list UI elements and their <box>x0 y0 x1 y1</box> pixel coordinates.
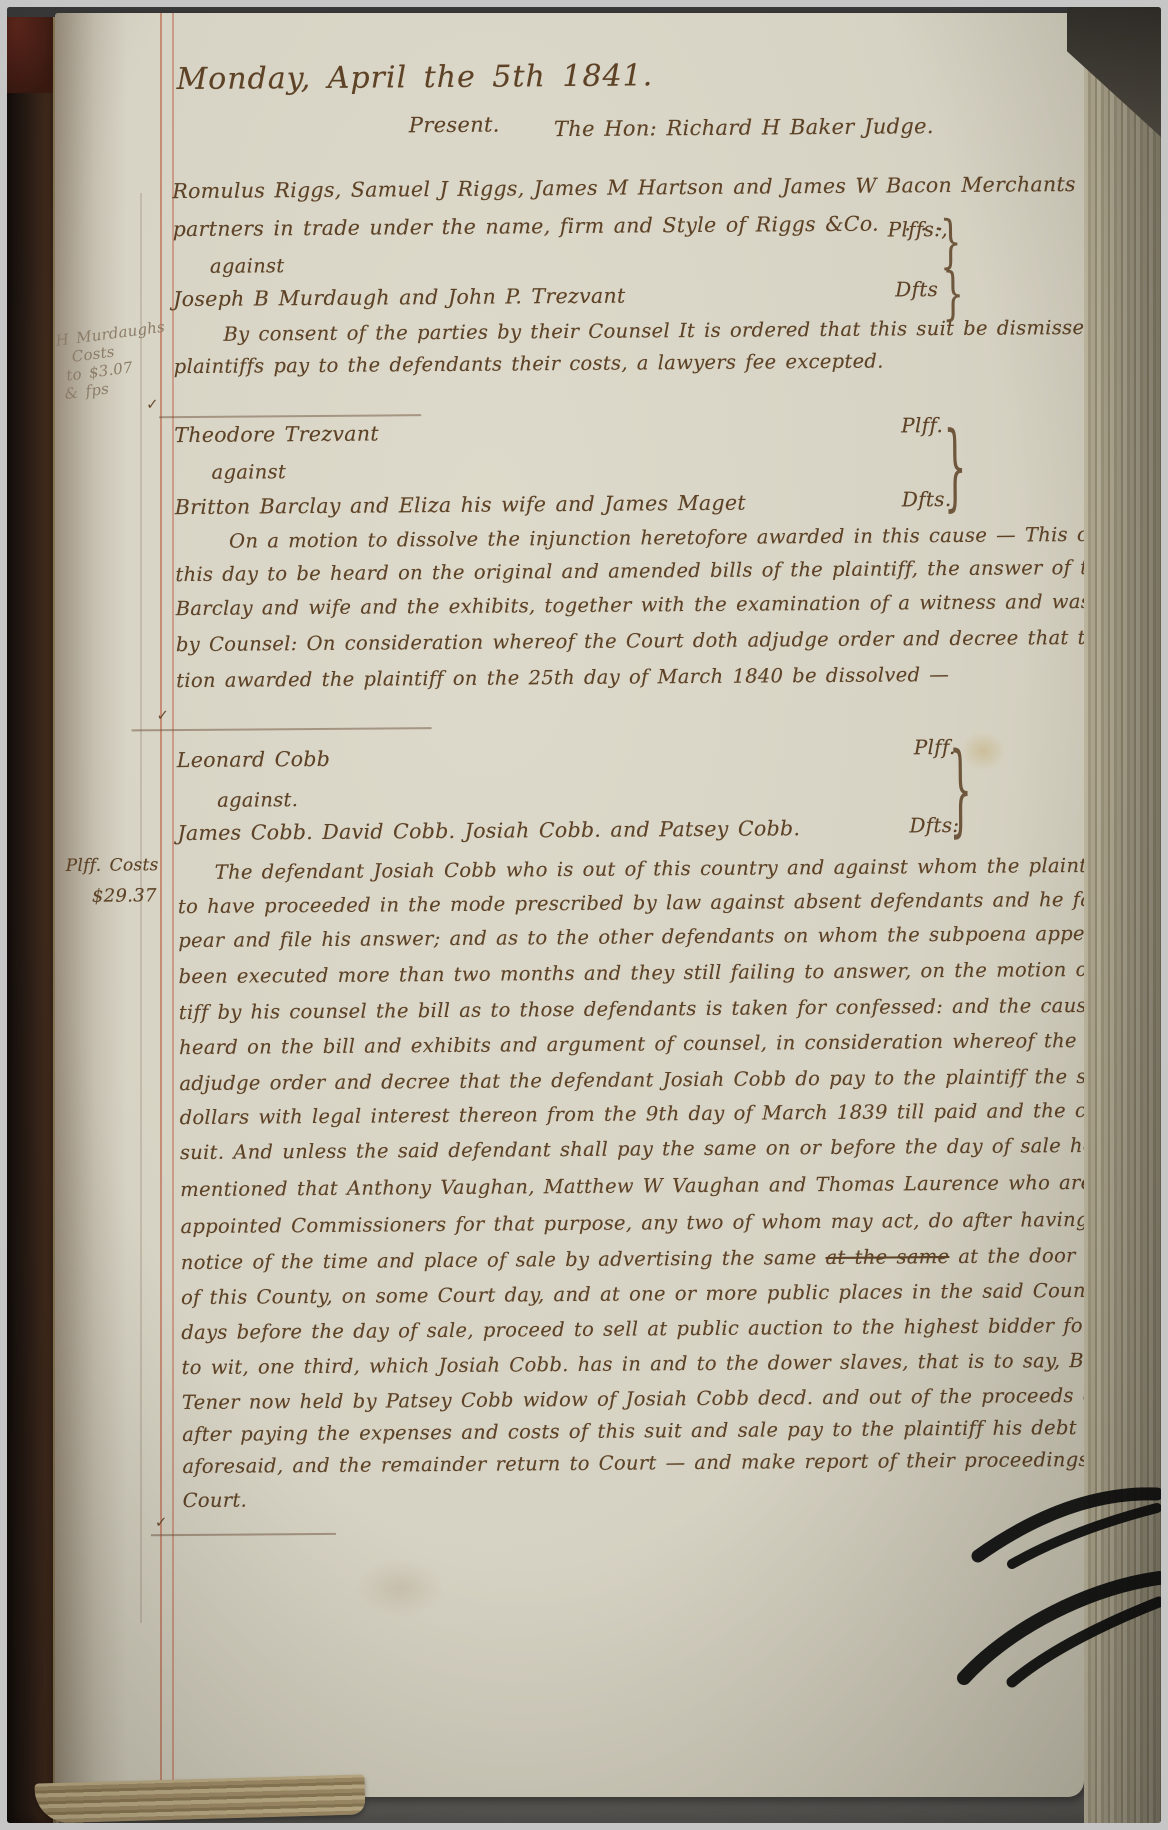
manuscript-line: to have proceeded in the mode prescribed… <box>178 887 1161 918</box>
manuscript-line: tion awarded the plaintiff on the 25th d… <box>176 663 949 692</box>
section-divider <box>132 727 432 731</box>
handwritten-text-layer: Monday, April the 5th 1841. Present. The… <box>48 9 1091 1801</box>
manuscript-line: aforesaid, and the remainder return to C… <box>182 1447 1160 1478</box>
clip-prong <box>1012 1602 1159 1682</box>
strike-line-pre: notice of the time and place of sale by … <box>181 1246 826 1274</box>
check-mark: ✓ <box>155 1513 168 1531</box>
case3-against-label: against. <box>217 788 298 812</box>
case2-plaintiff-label: Plff. <box>901 413 943 437</box>
manuscript-line: after paying the expenses and costs of t… <box>182 1415 1161 1446</box>
manuscript-line: suit. And unless the said defendant shal… <box>180 1133 1161 1164</box>
manuscript-line: By consent of the parties by their Couns… <box>223 315 1161 346</box>
section-divider <box>159 414 421 418</box>
case1-against-label: against <box>210 254 285 278</box>
manuscript-line: this day to be heard on the original and… <box>175 555 1161 586</box>
case1-plaintiffs-line2: partners in trade under the name, firm a… <box>173 211 944 241</box>
header-date: Monday, April the 5th 1841. <box>176 58 653 97</box>
struck-text: at the same <box>825 1245 949 1269</box>
case2-plaintiff: Theodore Trezvant <box>174 421 379 447</box>
manuscript-line: adjudge order and decree that the defend… <box>179 1064 1161 1095</box>
margin-note-murdaugh: H Murdaughs Costs to $3.07 & fps <box>55 318 173 404</box>
manuscript-line: tiff by his counsel the bill as to those… <box>179 993 1161 1024</box>
manuscript-line: Court. <box>183 1489 248 1513</box>
case1-plaintiffs-line1: Romulus Riggs, Samuel J Riggs, James M H… <box>172 172 1124 203</box>
case3-plaintiff: Leonard Cobb <box>177 747 331 772</box>
case2-defendants: Britton Barclay and Eliza his wife and J… <box>175 491 746 519</box>
bottom-page-edges <box>35 1774 366 1823</box>
case2-against-label: against <box>212 460 287 484</box>
section-divider <box>151 1533 336 1536</box>
manuscript-line: to wit, one third, which Josiah Cobb. ha… <box>182 1348 1161 1379</box>
case1-defendants: Joseph B Murdaugh and John P. Trezvant <box>173 284 625 312</box>
journal-photo: Monday, April the 5th 1841. Present. The… <box>7 7 1161 1823</box>
margin-note-costs-amount: $29.37 <box>92 885 157 907</box>
manuscript-page: Monday, April the 5th 1841. Present. The… <box>55 13 1084 1797</box>
case1-defendant-brace: } <box>942 265 964 322</box>
binder-clips <box>950 1484 1161 1704</box>
manuscript-line: of this County, on some Court day, and a… <box>181 1278 1161 1309</box>
case2-defendant-label: Dfts. <box>902 487 952 511</box>
manuscript-line: appointed Commissioners for that purpose… <box>180 1207 1161 1238</box>
manuscript-line: pear and file his answer; and as to the … <box>178 921 1161 952</box>
manuscript-line: The defendant Josiah Cobb who is out of … <box>215 853 1161 884</box>
check-mark: ✓ <box>146 395 159 413</box>
manuscript-line: plaintiffs pay to the defendants their c… <box>174 350 884 379</box>
manuscript-line: Barclay and wife and the exhibits, toget… <box>176 589 1161 620</box>
present-label: Present. <box>409 113 500 138</box>
clip-prong <box>978 1494 1157 1556</box>
manuscript-line: been executed more than two months and t… <box>178 957 1161 988</box>
book-cover-corner <box>7 7 53 93</box>
check-mark: ✓ <box>156 706 169 724</box>
case1-defendant-label: Dfts <box>895 277 938 301</box>
manuscript-line: heard on the bill and exhibits and argum… <box>179 1028 1161 1059</box>
case3-defendant-label: Dfts: <box>909 813 959 837</box>
manuscript-line: On a motion to dissolve the injunction h… <box>229 522 1161 553</box>
manuscript-line: by Counsel: On consideration whereof the… <box>176 625 1161 656</box>
manuscript-line: Tener now held by Patsey Cobb widow of J… <box>182 1383 1161 1414</box>
manuscript-line: days before the day of sale, proceed to … <box>181 1312 1161 1344</box>
case3-defendants: James Cobb. David Cobb. Josiah Cobb. and… <box>177 816 800 845</box>
manuscript-line: mentioned that Anthony Vaughan, Matthew … <box>180 1170 1161 1201</box>
manuscript-line-with-strike: notice of the time and place of sale by … <box>181 1242 1161 1274</box>
manuscript-line: dollars with legal interest thereon from… <box>180 1098 1161 1129</box>
clip-prong <box>964 1578 1159 1678</box>
judge-name: The Hon: Richard H Baker Judge. <box>554 114 934 141</box>
margin-note-costs: Plff. Costs <box>66 855 159 876</box>
